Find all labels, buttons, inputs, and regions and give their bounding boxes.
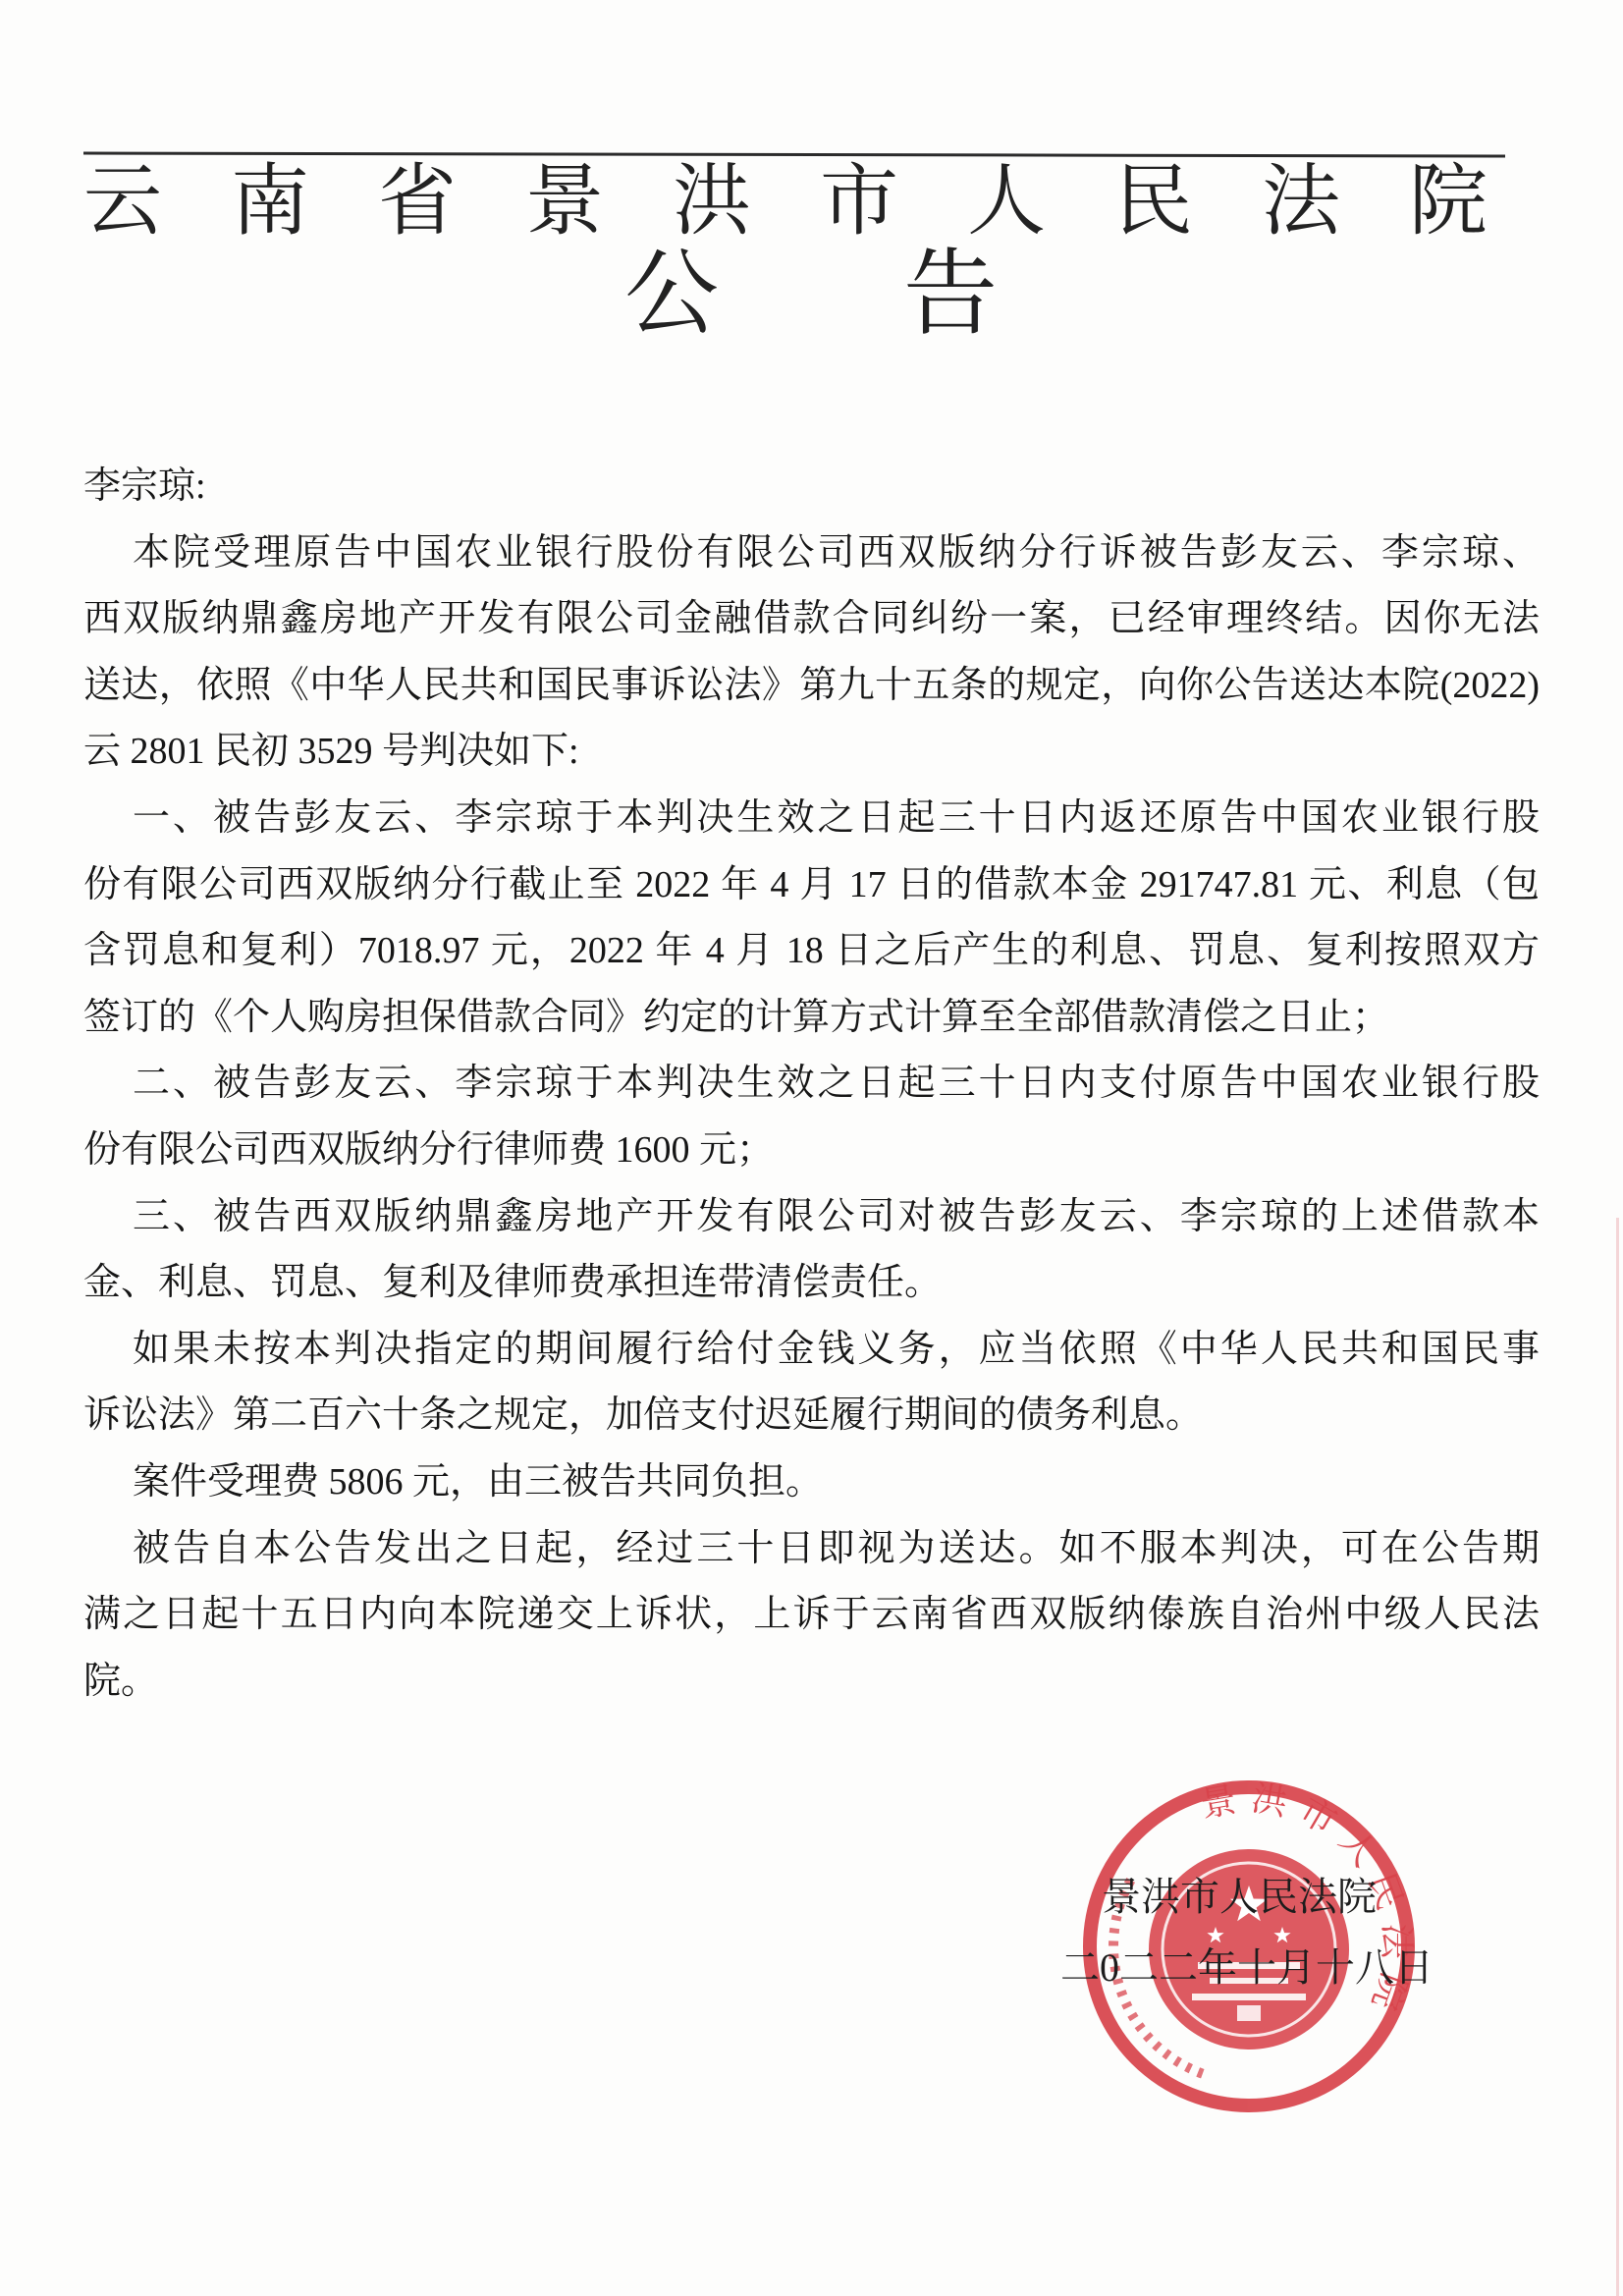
body-line: 本院受理原告中国农业银行股份有限公司西双版纳分行诉被告彭友云、李宗琼、 (83, 520, 1540, 587)
body-line: 二、被告彭友云、李宗琼于本判决生效之日起三十日内支付原告中国农业银行股 (83, 1051, 1540, 1118)
heading-char: 省 (378, 160, 457, 245)
body-line: 满之日起十五日内向本院递交上诉状，上诉于云南省西双版纳傣族自治州中级人民法 (83, 1582, 1540, 1649)
heading-char: 人 (967, 160, 1046, 245)
body-line: 三、被告西双版纳鼎鑫房地产开发有限公司对被告彭友云、李宗琼的上述借款本 (83, 1184, 1540, 1251)
body-line: 份有限公司西双版纳分行截止至 2022 年 4 月 17 日的借款本金 2917… (83, 852, 1540, 919)
notice-body: 李宗琼: 本院受理原告中国农业银行股份有限公司西双版纳分行诉被告彭友云、李宗琼、… (83, 454, 1540, 1715)
heading-char: 云 (83, 160, 162, 245)
body-line: 份有限公司西双版纳分行律师费 1600 元； (83, 1118, 1540, 1184)
body-line: 西双版纳鼎鑫房地产开发有限公司金融借款合同纠纷一案，已经审理终结。因你无法 (83, 586, 1540, 653)
body-line: 送达，依照《中华人民共和国民事诉讼法》第九十五条的规定，向你公告送达本院(202… (83, 653, 1540, 720)
court-header-title: 云南省景洪市人民法院 (83, 160, 1488, 245)
heading-char: 民 (1114, 160, 1193, 245)
heading-char: 院 (1409, 160, 1488, 245)
heading-char: 公 (624, 244, 719, 346)
body-line: 签订的《个人购房担保借款合同》约定的计算方式计算至全部借款清偿之日止； (83, 985, 1540, 1052)
body-line: 被告自本公告发出之日起，经过三十日即视为送达。如不服本判决，可在公告期 (83, 1516, 1540, 1583)
stamp-court-name: 景洪市人民法院 (1102, 1876, 1377, 1919)
body-line: 院。 (83, 1649, 1540, 1716)
body-line: 如果未按本判决指定的期间履行给付金钱义务，应当依照《中华人民共和国民事 (83, 1317, 1540, 1384)
heading-char: 洪 (673, 160, 751, 245)
body-line: 含罚息和复利）7018.97 元，2022 年 4 月 18 日之后产生的利息、… (83, 918, 1540, 985)
heading-char: 市 (820, 160, 898, 245)
scan-artifact-line (1616, 1218, 1619, 2296)
heading-char: 南 (231, 160, 309, 245)
scanned-court-notice-page: 云南省景洪市人民法院 公告 李宗琼: 本院受理原告中国农业银行股份有限公司西双版… (0, 0, 1623, 2296)
body-line: 案件受理费 5806 元，由三被告共同负担。 (83, 1449, 1540, 1516)
body-line: 金、利息、罚息、复利及律师费承担连带清偿责任。 (83, 1250, 1540, 1317)
heading-char: 景 (525, 160, 604, 245)
recipient-line: 李宗琼: (83, 454, 1540, 520)
notice-title: 公告 (624, 244, 998, 346)
body-line: 云 2801 民初 3529 号判决如下: (83, 719, 1540, 786)
heading-char: 告 (903, 244, 998, 346)
body-line: 一、被告彭友云、李宗琼于本判决生效之日起三十日内返还原告中国农业银行股 (83, 786, 1540, 852)
stamp-date: 二0二二年十月十八日 (1060, 1946, 1434, 1990)
header-rule (83, 151, 1505, 157)
body-line: 诉讼法》第二百六十条之规定，加倍支付迟延履行期间的债务利息。 (83, 1383, 1540, 1449)
heading-char: 法 (1262, 160, 1340, 245)
